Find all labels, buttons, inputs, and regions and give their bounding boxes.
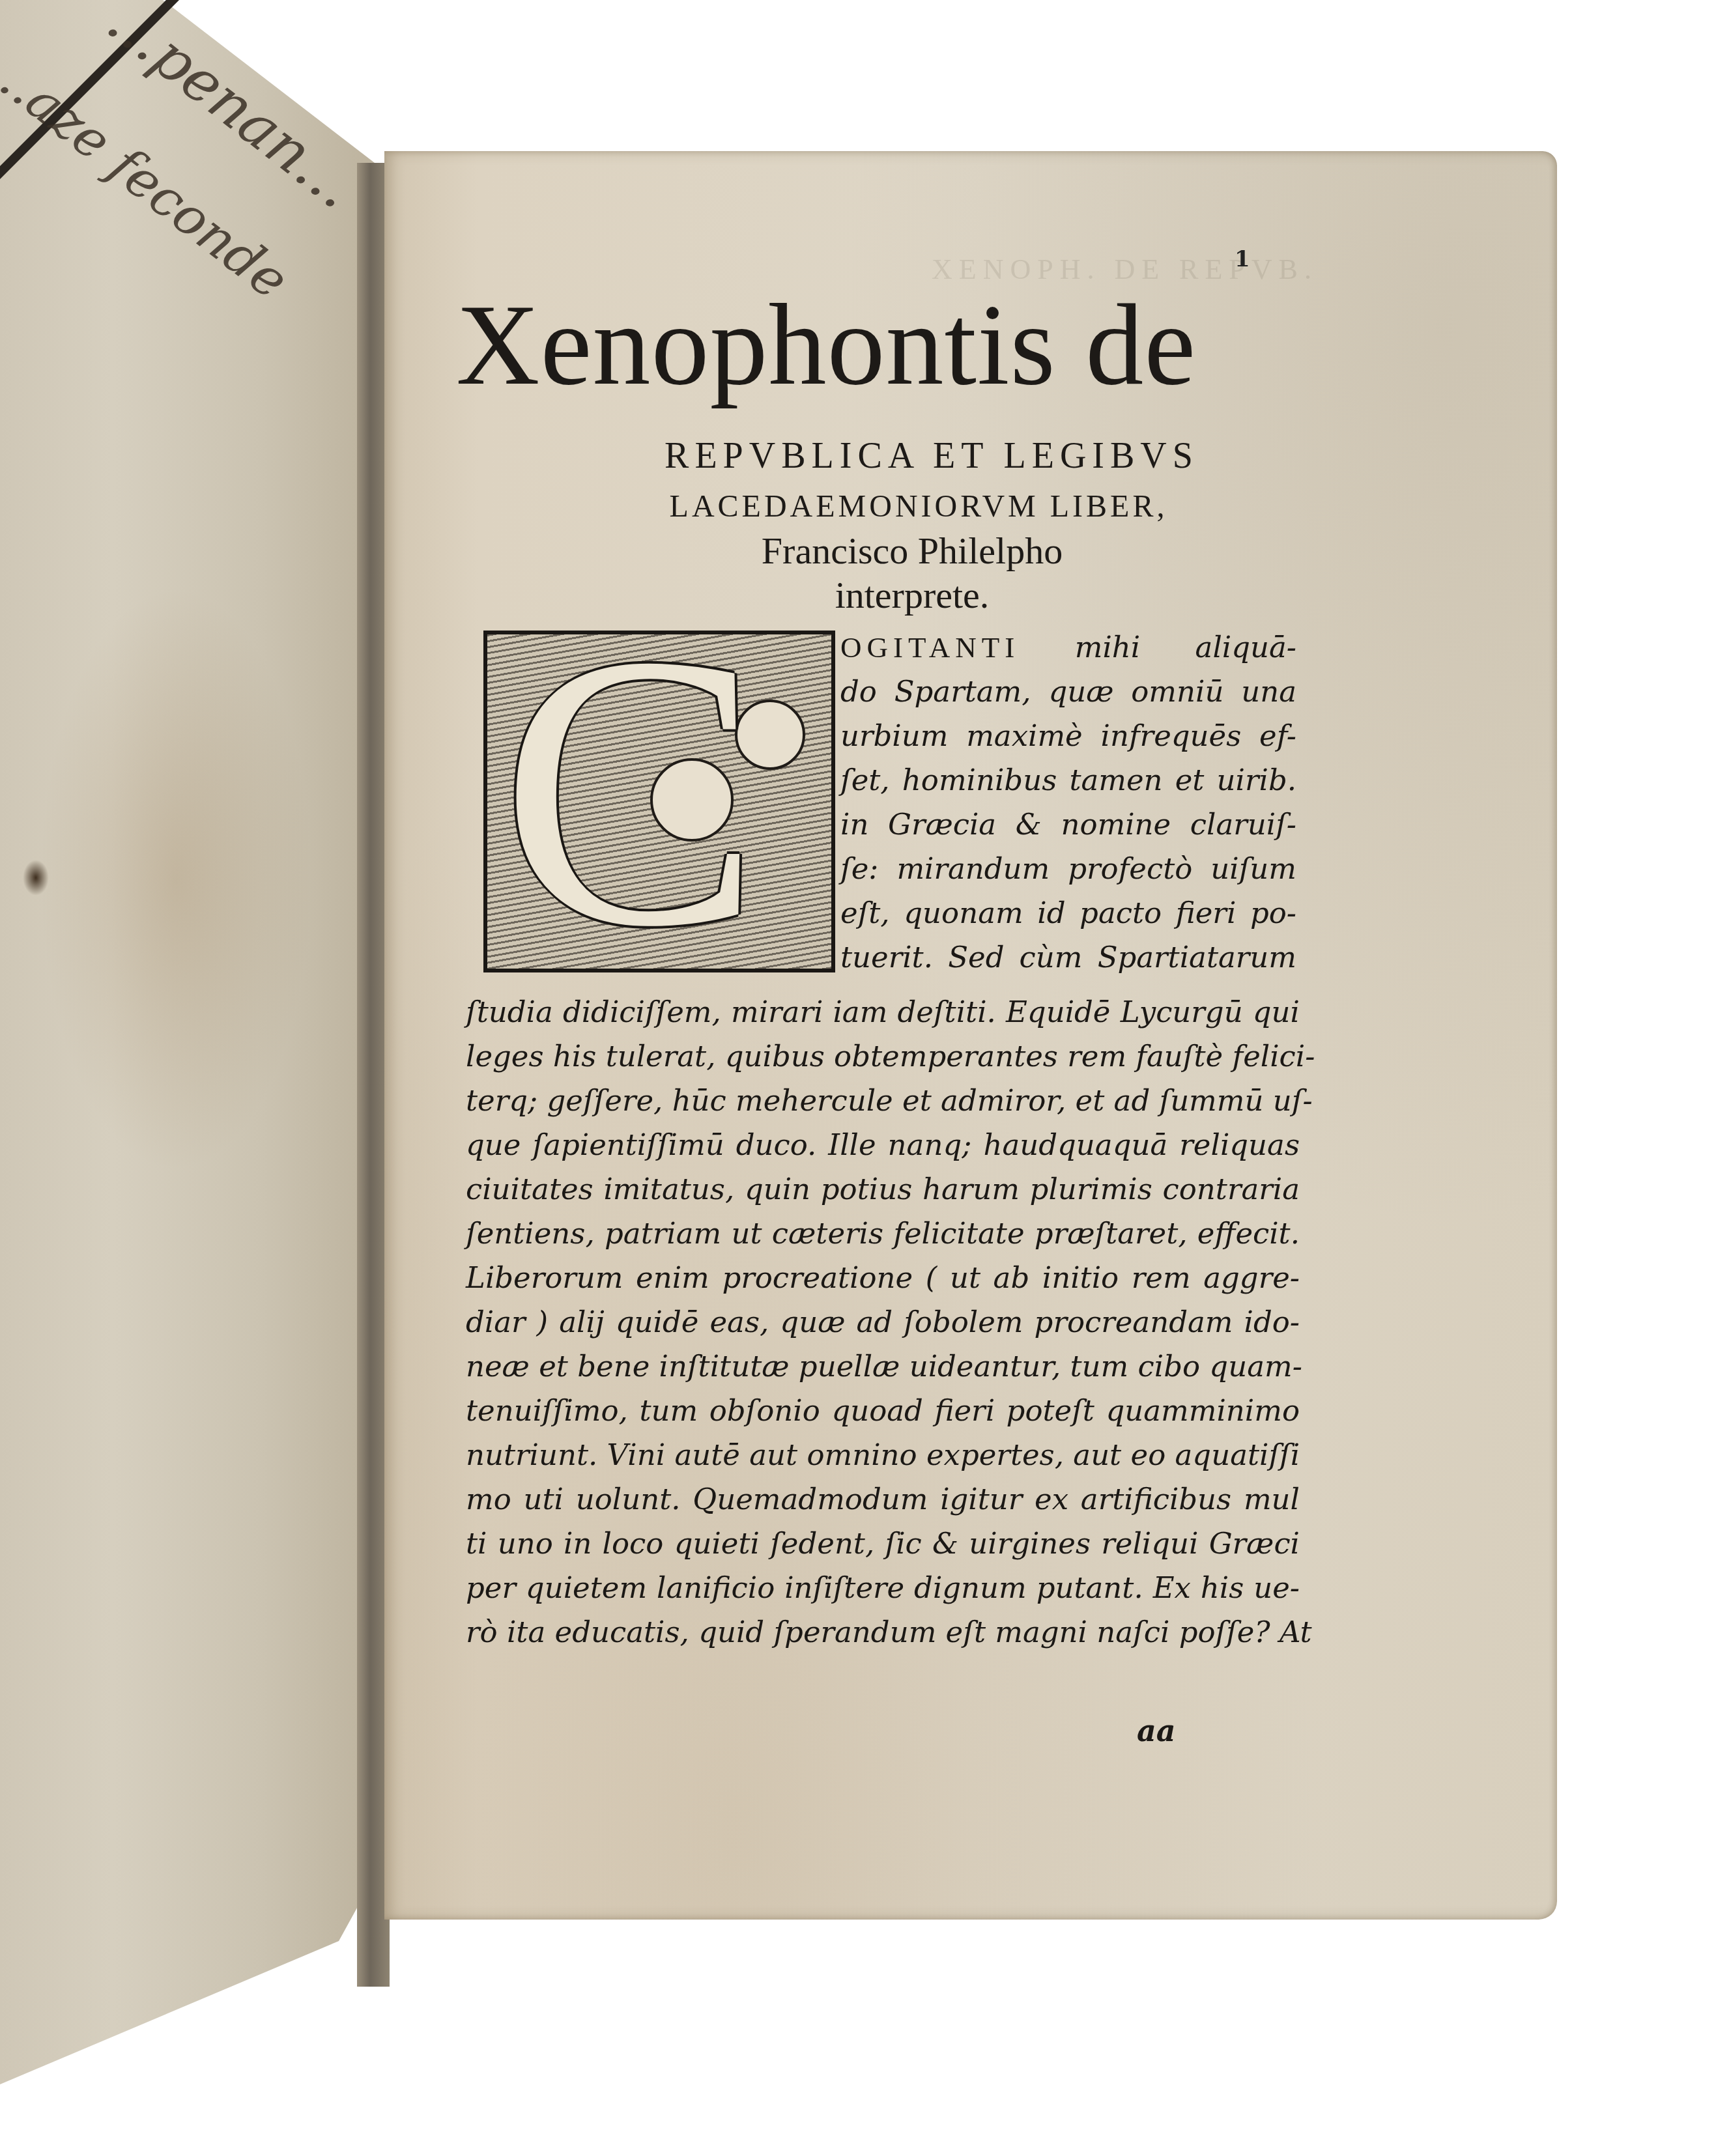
text-line: ſentiens, patriam ut cæteris felicitate …: [466, 1212, 1300, 1256]
text-line: eſt, quonam id pacto fieri po-: [840, 891, 1296, 935]
text-line: urbium maximè infrequēs ef-: [840, 714, 1296, 758]
text-line: ti uno in loco quieti ſedent, ſic & uirg…: [466, 1522, 1300, 1566]
text-line: ſet, hominibus tamen et uirib.: [840, 758, 1296, 802]
text-line: ciuitates imitatus, quin potius harum pl…: [466, 1167, 1300, 1212]
text-line: OGITANTI mihi aliquā-: [840, 625, 1296, 670]
opening-caps: OGITANTI: [840, 631, 1020, 664]
text-line: terq; geſſere, hūc mehercule et admiror,…: [466, 1079, 1300, 1123]
initial-letter: C: [500, 631, 761, 972]
text-line: in Græcia & nomine claruiſ-: [840, 802, 1296, 847]
text-line: tenuiſſimo, tum obſonio quoad fieri pote…: [466, 1389, 1300, 1433]
text-line: per quietem lanificio inſiſtere dignum p…: [466, 1566, 1300, 1610]
body-text-full-width: ſtudia didiciſſem, mirari iam deſtiti. E…: [466, 990, 1300, 1654]
text-line: ſtudia didiciſſem, mirari iam deſtiti. E…: [466, 990, 1300, 1034]
body-text-beside-initial: OGITANTI mihi aliquā- do Spartam, quæ om…: [840, 625, 1296, 980]
woodcut-initial: C: [483, 631, 835, 972]
text-line-content: mihi aliquā-: [1075, 630, 1296, 664]
catchword-signature: aa: [1137, 1713, 1176, 1748]
subtitle-line-1: REPVBLICA ET LEGIBVS: [560, 435, 1303, 477]
left-flyleaf-page: [0, 0, 375, 2117]
text-line: tuerit. Sed cùm Spartiatarum: [840, 935, 1296, 980]
text-line: nutriunt. Vini autē aut omnino expertes,…: [466, 1433, 1300, 1477]
text-line: leges his tulerat, quibus obtemperantes …: [466, 1034, 1300, 1079]
text-line: rò ita educatis, quid ſperandum eſt magn…: [466, 1610, 1300, 1654]
text-line: ſe: mirandum profectò uiſum: [840, 847, 1296, 891]
ink-stain: [23, 860, 49, 896]
text-line: que ſapientiſſimū duco. Ille nanq; haudq…: [466, 1123, 1300, 1167]
text-line: Liberorum enim procreatione ( ut ab init…: [466, 1256, 1300, 1300]
interprete-line: interprete.: [573, 573, 1251, 617]
signature-mark: 1: [1235, 246, 1250, 272]
text-line: do Spartam, quæ omniū una: [840, 670, 1296, 714]
translator-line: Francisco Philelpho: [573, 529, 1251, 573]
text-line: mo uti uolunt. Quemadmodum igitur ex art…: [466, 1477, 1300, 1522]
text-line: neæ et bene inſtitutæ puellæ uideantur, …: [466, 1344, 1300, 1389]
text-line: diar ) alij quidē eas, quæ ad ſobolem pr…: [466, 1300, 1300, 1344]
page-title: Xenophontis de: [456, 287, 1290, 403]
subtitle-line-2: LACEDAEMONIORVM LIBER,: [573, 489, 1264, 524]
